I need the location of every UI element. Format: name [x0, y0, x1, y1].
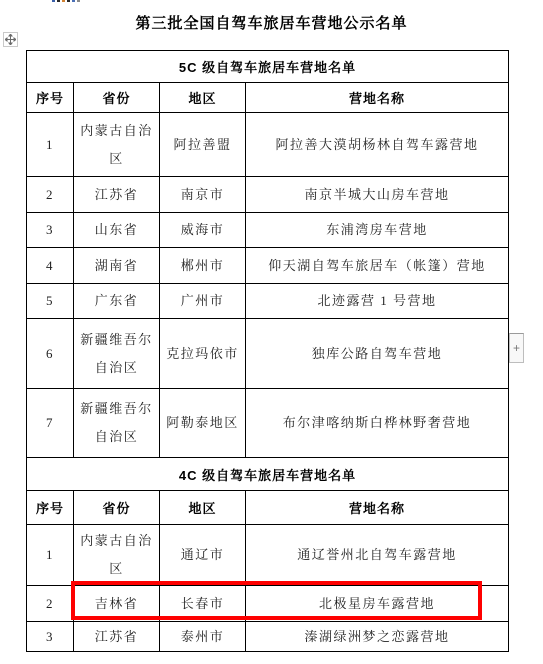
cell-province: 新疆维吾尔自治区	[74, 389, 160, 458]
cell-region: 阿勒泰地区	[160, 389, 246, 458]
table-row: 1 内蒙古自治区 阿拉善盟 阿拉善大漠胡杨林自驾车露营地	[27, 113, 509, 177]
cell-region: 克拉玛依市	[160, 319, 246, 389]
col-header-index: 序号	[27, 491, 74, 525]
col-header-province: 省份	[74, 83, 160, 113]
cell-camp-name: 东浦湾房车营地	[246, 213, 509, 248]
cell-index: 4	[27, 248, 74, 284]
table-row-highlighted: 2 吉林省 长春市 北极星房车露营地	[27, 586, 509, 622]
table-row: 2 江苏省 南京市 南京半城大山房车营地	[27, 177, 509, 213]
table-row: 3 江苏省 泰州市 溱湖绿洲梦之恋露营地	[27, 622, 509, 652]
move-cross-icon	[5, 34, 16, 45]
col-header-camp-name: 营地名称	[246, 83, 509, 113]
cell-region: 南京市	[160, 177, 246, 213]
cropped-toolbar-icon	[52, 0, 80, 2]
section-title-4c: 4C 级自驾车旅居车营地名单	[27, 458, 509, 491]
col-header-province: 省份	[74, 491, 160, 525]
cell-province: 湖南省	[74, 248, 160, 284]
cell-index: 6	[27, 319, 74, 389]
table-row: 7 新疆维吾尔自治区 阿勒泰地区 布尔津喀纳斯白桦林野奢营地	[27, 389, 509, 458]
table-row: 4 湖南省 郴州市 仰天湖自驾车旅居车（帐篷）营地	[27, 248, 509, 284]
column-header-row-5c: 序号 省份 地区 营地名称	[27, 83, 509, 113]
col-header-camp-name: 营地名称	[246, 491, 509, 525]
table-row: 3 山东省 威海市 东浦湾房车营地	[27, 213, 509, 248]
cell-index: 1	[27, 113, 74, 177]
col-header-index: 序号	[27, 83, 74, 113]
table-row: 1 内蒙古自治区 通辽市 通辽誉州北自驾车露营地	[27, 525, 509, 586]
cell-region: 阿拉善盟	[160, 113, 246, 177]
plus-button[interactable]: +	[509, 333, 524, 363]
table-row: 6 新疆维吾尔自治区 克拉玛依市 独库公路自驾车营地	[27, 319, 509, 389]
cell-camp-name: 北极星房车露营地	[246, 586, 509, 622]
section-header-row-5c: 5C 级自驾车旅居车营地名单	[27, 51, 509, 83]
cell-index: 7	[27, 389, 74, 458]
section-header-row-4c: 4C 级自驾车旅居车营地名单	[27, 458, 509, 491]
cell-province: 新疆维吾尔自治区	[74, 319, 160, 389]
cell-camp-name: 北迹露营 1 号营地	[246, 284, 509, 319]
cell-camp-name: 仰天湖自驾车旅居车（帐篷）营地	[246, 248, 509, 284]
cell-region: 广州市	[160, 284, 246, 319]
section-title-5c: 5C 级自驾车旅居车营地名单	[27, 51, 509, 83]
cell-region: 长春市	[160, 586, 246, 622]
cell-camp-name: 南京半城大山房车营地	[246, 177, 509, 213]
cell-camp-name: 通辽誉州北自驾车露营地	[246, 525, 509, 586]
cell-index: 3	[27, 213, 74, 248]
cell-province: 吉林省	[74, 586, 160, 622]
cell-index: 5	[27, 284, 74, 319]
cell-province: 江苏省	[74, 622, 160, 652]
cell-index: 3	[27, 622, 74, 652]
cell-region: 泰州市	[160, 622, 246, 652]
cell-camp-name: 独库公路自驾车营地	[246, 319, 509, 389]
cell-index: 2	[27, 177, 74, 213]
page-title: 第三批全国自驾车旅居车营地公示名单	[0, 12, 543, 33]
cell-region: 威海市	[160, 213, 246, 248]
cell-region: 通辽市	[160, 525, 246, 586]
cell-province: 内蒙古自治区	[74, 525, 160, 586]
cell-province: 山东省	[74, 213, 160, 248]
col-header-region: 地区	[160, 491, 246, 525]
cell-index: 2	[27, 586, 74, 622]
cell-camp-name: 布尔津喀纳斯白桦林野奢营地	[246, 389, 509, 458]
cell-province: 广东省	[74, 284, 160, 319]
cell-region: 郴州市	[160, 248, 246, 284]
table-row: 5 广东省 广州市 北迹露营 1 号营地	[27, 284, 509, 319]
cell-province: 江苏省	[74, 177, 160, 213]
camps-table: 5C 级自驾车旅居车营地名单 序号 省份 地区 营地名称 1 内蒙古自治区 阿拉…	[26, 50, 509, 652]
cell-index: 1	[27, 525, 74, 586]
column-header-row-4c: 序号 省份 地区 营地名称	[27, 491, 509, 525]
cell-camp-name: 溱湖绿洲梦之恋露营地	[246, 622, 509, 652]
cell-camp-name: 阿拉善大漠胡杨林自驾车露营地	[246, 113, 509, 177]
cell-province: 内蒙古自治区	[74, 113, 160, 177]
table-move-handle[interactable]	[3, 32, 18, 47]
col-header-region: 地区	[160, 83, 246, 113]
